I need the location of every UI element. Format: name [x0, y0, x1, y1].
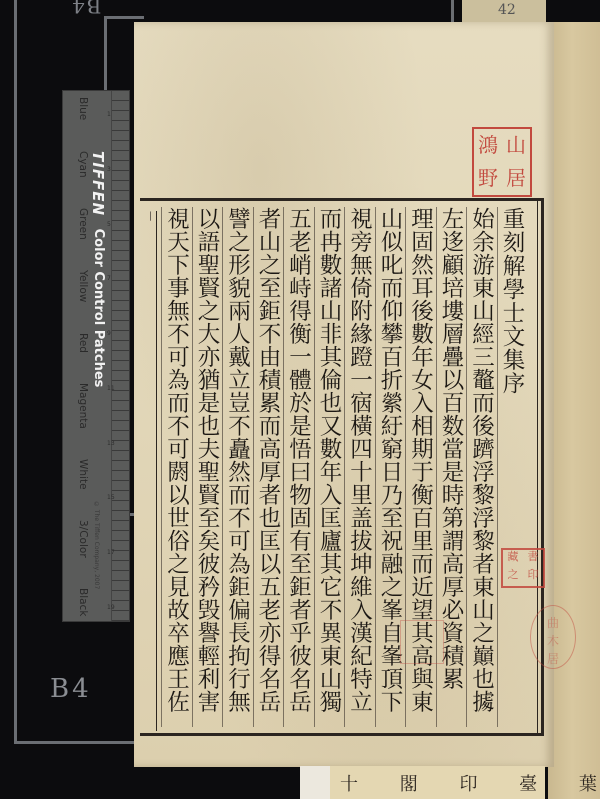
collector-seal-top: 鴻 山 野 居	[472, 127, 532, 197]
seal-char: 居	[502, 162, 530, 195]
bottom-scrap-page: 十 閣 印 臺 葉 結 解 集 学	[300, 766, 545, 799]
ruler-numbers: 1 3 5 7 9 11 13 15 17 19	[107, 111, 117, 611]
collector-seal-lower: 藏 書 之 印	[501, 548, 545, 588]
text-column: 譬之形貌兩人戴立豈不矗然而不可為鉅偏長拘行無	[222, 207, 253, 727]
paper-strip	[300, 766, 330, 799]
text-column: 視旁無倚附緣蹬一㝛橫四十里盖拔坤維入漢紀特立	[344, 207, 375, 727]
patch-label: Blue	[67, 97, 89, 120]
text-column: 視天下事無不可為而不可閼以世俗之見故卒應王佐	[161, 207, 192, 727]
patch-label: White	[67, 459, 89, 490]
text-column: 始余游東山經三鼇而後躋浮黎浮黎者東山之巔也㩀	[466, 207, 497, 727]
text-column: 以語聖賢之大亦猶是也夫聖賢至矣彼矜毁譽輕利害	[192, 207, 223, 727]
seal-char: 之	[503, 568, 523, 586]
text-block: 丨 重刻解學士文集序 始余游東山經三鼇而後躋浮黎浮黎者東山之巔也㩀 左迻顧培塿層…	[140, 198, 544, 736]
patch-label: Black	[67, 588, 89, 616]
ruler-number: 5	[107, 221, 117, 228]
seal-char: 山	[502, 129, 530, 162]
ruler-number: 17	[107, 549, 117, 556]
ruler-number: 15	[107, 494, 117, 501]
card-copyright: © The Tiffen Company, 2007	[93, 501, 100, 589]
title-column: 重刻解學士文集序	[497, 207, 528, 727]
patch-label: Green	[67, 208, 89, 240]
frame-label-bottom: B4	[50, 674, 92, 704]
seal-char: 木	[531, 632, 575, 650]
seal-char: 野	[474, 162, 502, 195]
patch-label: Cyan	[67, 151, 89, 178]
patch-label: Red	[67, 333, 89, 353]
ruler-number: 11	[107, 385, 117, 392]
text-columns: 重刻解學士文集序 始余游東山經三鼇而後躋浮黎浮黎者東山之巔也㩀 左迻顧培塿層疊以…	[161, 207, 527, 727]
text-column: 而冉數諸山非其倫也又數年入匡廬其它不異東山獨	[314, 207, 345, 727]
seal-char: 鴻	[474, 129, 502, 162]
faint-seal-impression	[400, 620, 444, 664]
patch-label: Magenta	[67, 383, 89, 429]
ruler-number: 9	[107, 330, 117, 337]
seal-char: 藏	[503, 550, 523, 568]
ruler-number: 3	[107, 166, 117, 173]
text-column: 五老峭峙得衡一體於是悟曰物固有至鉅者乎彼名岳	[283, 207, 314, 727]
margin-column: 丨	[142, 211, 157, 731]
page-number: 42	[498, 2, 516, 18]
tiffen-logo: TIFFEN	[89, 151, 107, 216]
round-seal-faint: 曲 木 居	[530, 605, 576, 669]
frame-label-top: B4	[70, 0, 101, 18]
seal-char: 印	[523, 568, 543, 586]
ruler-number: 19	[107, 604, 117, 611]
seal-char: 書	[523, 550, 543, 568]
patch-label: Yellow	[67, 270, 89, 302]
ruler-number: 13	[107, 440, 117, 447]
patch-label: 3/Color	[67, 520, 89, 558]
text-column: 者山之至鉅不由積累而高厚者也匡以五老亦得名岳	[253, 207, 284, 727]
card-title: Color Control Patches	[91, 229, 106, 388]
patch-labels: Blue Cyan Green Yellow Red Magenta White…	[67, 97, 89, 617]
ruler-number: 7	[107, 275, 117, 282]
adjacent-page	[548, 22, 600, 799]
card-brand: TIFFEN Color Control Patches	[89, 151, 107, 387]
seal-char: 居	[531, 650, 575, 668]
ruler-number: 1	[107, 111, 117, 118]
bottom-scrap-text: 十 閣 印 臺 葉 結 解 集 学	[340, 770, 600, 796]
seal-char: 曲	[531, 614, 575, 632]
color-control-card: Blue Cyan Green Yellow Red Magenta White…	[62, 90, 130, 622]
